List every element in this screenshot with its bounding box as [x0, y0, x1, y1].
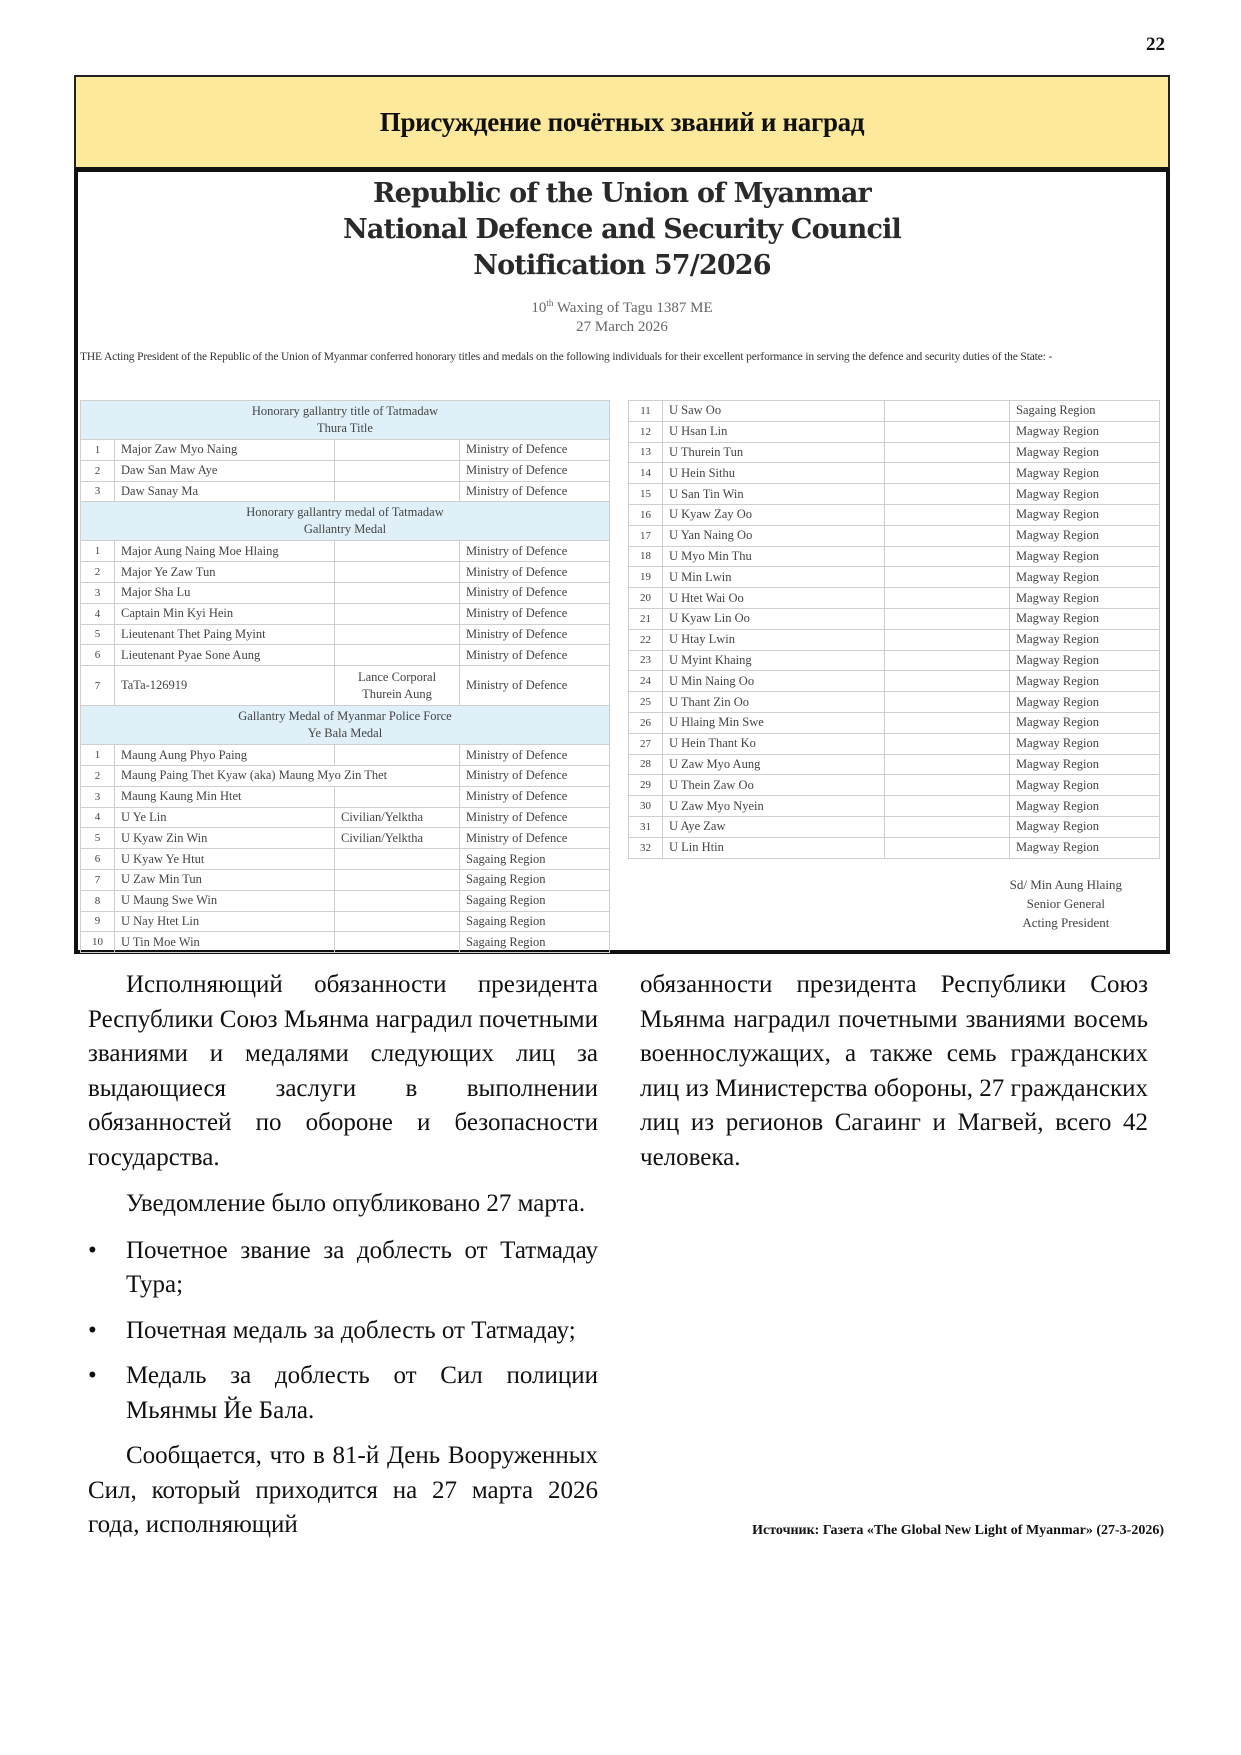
table-row: 6Lieutenant Pyae Sone AungMinistry of De… — [81, 645, 610, 666]
recipient-name: U Hlaing Min Swe — [663, 712, 885, 733]
section-header-row: Honorary gallantry medal of TatmadawGall… — [81, 502, 610, 541]
table-row: 12U Hsan LinMagway Region — [629, 421, 1160, 442]
table-row: 17U Yan Naing OoMagway Region — [629, 525, 1160, 546]
recipient-organization: Magway Region — [1010, 837, 1160, 858]
table-row: 3Major Sha LuMinistry of Defence — [81, 582, 610, 603]
row-number: 3 — [81, 582, 115, 603]
recipient-organization: Ministry of Defence — [460, 624, 610, 645]
row-number: 3 — [81, 786, 115, 807]
section-heading-line: Gallantry Medal of Myanmar Police Force — [81, 708, 609, 725]
row-number: 10 — [81, 932, 115, 953]
recipient-organization: Ministry of Defence — [460, 745, 610, 766]
recipient-name: Daw Sanay Ma — [115, 481, 335, 502]
recipient-note — [885, 629, 1010, 650]
article-paragraph: Уведомление было опубликовано 27 марта. — [88, 1187, 598, 1222]
table-row: 1Major Zaw Myo NaingMinistry of Defence — [81, 440, 610, 461]
row-number: 19 — [629, 567, 663, 588]
table-row: 21U Kyaw Lin OoMagway Region — [629, 608, 1160, 629]
notification-intro: THE Acting President of the Republic of … — [78, 347, 1166, 367]
recipient-organization: Magway Region — [1010, 754, 1160, 775]
recipient-note — [335, 440, 460, 461]
recipient-name: U Thurein Tun — [663, 442, 885, 463]
article-paragraph: обязанности президента Республики Союз М… — [640, 968, 1148, 1175]
title-line: National Defence and Security Council — [78, 212, 1166, 248]
recipient-organization: Magway Region — [1010, 567, 1160, 588]
recipient-note — [335, 582, 460, 603]
table-row: 13U Thurein TunMagway Region — [629, 442, 1160, 463]
recipient-name: U Kyaw Ye Htut — [115, 849, 335, 870]
row-number: 11 — [629, 401, 663, 422]
row-number: 6 — [81, 645, 115, 666]
table-row: 9U Nay Htet LinSagaing Region — [81, 911, 610, 932]
award-list-item: Почетная медаль за доблесть от Татмадау; — [88, 1314, 598, 1349]
table-row: 30U Zaw Myo NyeinMagway Region — [629, 796, 1160, 817]
table-row: 24U Min Naing OoMagway Region — [629, 671, 1160, 692]
table-row: 27U Hein Thant KoMagway Region — [629, 733, 1160, 754]
recipient-name: U Hsan Lin — [663, 421, 885, 442]
recipient-note — [335, 786, 460, 807]
recipient-note — [885, 567, 1010, 588]
table-row: 5U Kyaw Zin WinCivilian/YelkthaMinistry … — [81, 828, 610, 849]
row-number: 23 — [629, 650, 663, 671]
source-citation: Источник: Газета «The Global New Light o… — [752, 1523, 1164, 1539]
recipient-organization: Ministry of Defence — [460, 460, 610, 481]
row-number: 20 — [629, 588, 663, 609]
recipient-organization: Magway Region — [1010, 484, 1160, 505]
table-row: 2Major Ye Zaw TunMinistry of Defence — [81, 562, 610, 583]
recipient-name: U Zaw Myo Aung — [663, 754, 885, 775]
recipient-note: Lance Corporal Thurein Aung — [335, 666, 460, 706]
recipient-note — [885, 608, 1010, 629]
recipient-note — [885, 796, 1010, 817]
recipient-organization: Magway Region — [1010, 463, 1160, 484]
recipient-name: U San Tin Win — [663, 484, 885, 505]
recipient-name: U Ye Lin — [115, 807, 335, 828]
recipient-note — [885, 546, 1010, 567]
table-row: 2Daw San Maw AyeMinistry of Defence — [81, 460, 610, 481]
recipient-name: TaTa-126919 — [115, 666, 335, 706]
recipient-note — [885, 504, 1010, 525]
row-number: 1 — [81, 541, 115, 562]
recipient-organization: Ministry of Defence — [460, 666, 610, 706]
row-number: 27 — [629, 733, 663, 754]
row-number: 2 — [81, 460, 115, 481]
recipient-note — [335, 869, 460, 890]
table-row: 23U Myint KhaingMagway Region — [629, 650, 1160, 671]
recipient-organization: Sagaing Region — [1010, 401, 1160, 422]
recipient-name: U Min Naing Oo — [663, 671, 885, 692]
table-row: 18U Myo Min ThuMagway Region — [629, 546, 1160, 567]
table-row: 22U Htay LwinMagway Region — [629, 629, 1160, 650]
recipient-name: U Myint Khaing — [663, 650, 885, 671]
recipient-organization: Magway Region — [1010, 442, 1160, 463]
row-number: 8 — [81, 890, 115, 911]
recipient-note — [335, 932, 460, 953]
recipient-name: U Htet Wai Oo — [663, 588, 885, 609]
table-row: 2Maung Paing Thet Kyaw (aka) Maung Myo Z… — [81, 765, 610, 786]
row-number: 13 — [629, 442, 663, 463]
recipient-organization: Ministry of Defence — [460, 765, 610, 786]
recipient-note — [885, 650, 1010, 671]
recipient-organization: Ministry of Defence — [460, 645, 610, 666]
row-number: 22 — [629, 629, 663, 650]
row-number: 31 — [629, 816, 663, 837]
section-heading-line: Ye Bala Medal — [81, 725, 609, 742]
article-column-left: Исполняющий обязанности президента Респу… — [88, 968, 598, 1543]
recipient-note — [885, 733, 1010, 754]
recipient-organization: Magway Region — [1010, 816, 1160, 837]
recipient-organization: Sagaing Region — [460, 890, 610, 911]
table-row: 1Major Aung Naing Moe HlaingMinistry of … — [81, 541, 610, 562]
row-number: 26 — [629, 712, 663, 733]
recipient-note — [335, 890, 460, 911]
table-row: 11U Saw OoSagaing Region — [629, 401, 1160, 422]
row-number: 30 — [629, 796, 663, 817]
recipient-organization: Magway Region — [1010, 608, 1160, 629]
recipient-note — [335, 460, 460, 481]
recipient-note — [885, 442, 1010, 463]
table-row: 20U Htet Wai OoMagway Region — [629, 588, 1160, 609]
recipient-organization: Sagaing Region — [460, 849, 610, 870]
recipient-name: U Zaw Min Tun — [115, 869, 335, 890]
recipient-name: U Htay Lwin — [663, 629, 885, 650]
recipient-organization: Ministry of Defence — [460, 562, 610, 583]
recipient-name: U Hein Sithu — [663, 463, 885, 484]
signature-name: Sd/ Min Aung Hlaing — [1010, 875, 1122, 894]
table-row: 19U Min LwinMagway Region — [629, 567, 1160, 588]
table-row: 14U Hein SithuMagway Region — [629, 463, 1160, 484]
row-number: 7 — [81, 666, 115, 706]
recipient-organization: Sagaing Region — [460, 911, 610, 932]
recipient-name: Lieutenant Pyae Sone Aung — [115, 645, 335, 666]
recipient-name: U Thant Zin Oo — [663, 692, 885, 713]
article-column-right: обязанности президента Республики Союз М… — [640, 968, 1148, 1175]
recipient-name: U Kyaw Lin Oo — [663, 608, 885, 629]
table-row: 4Captain Min Kyi HeinMinistry of Defence — [81, 603, 610, 624]
banner-title: Присуждение почётных званий и наград — [380, 107, 864, 138]
table-row: 7U Zaw Min TunSagaing Region — [81, 869, 610, 890]
recipient-name: U Kyaw Zin Win — [115, 828, 335, 849]
row-number: 15 — [629, 484, 663, 505]
myanmar-date: 10th Waxing of Tagu 1387 ME — [78, 294, 1166, 318]
row-number: 12 — [629, 421, 663, 442]
award-list-item: Медаль за доблесть от Сил полиции Мьянмы… — [88, 1359, 598, 1428]
row-number: 5 — [81, 624, 115, 645]
recipient-organization: Magway Region — [1010, 796, 1160, 817]
recipient-note: Civilian/Yelktha — [335, 828, 460, 849]
row-number: 18 — [629, 546, 663, 567]
table-row: 31U Aye ZawMagway Region — [629, 816, 1160, 837]
recipient-organization: Ministry of Defence — [460, 541, 610, 562]
row-number: 21 — [629, 608, 663, 629]
row-number: 1 — [81, 440, 115, 461]
notification-date: 10th Waxing of Tagu 1387 ME 27 March 202… — [78, 294, 1166, 337]
recipient-name: Lieutenant Thet Paing Myint — [115, 624, 335, 645]
recipient-note — [885, 671, 1010, 692]
recipient-note — [885, 775, 1010, 796]
recipient-note — [885, 712, 1010, 733]
recipient-name: U Maung Swe Win — [115, 890, 335, 911]
section-header-row: Honorary gallantry title of TatmadawThur… — [81, 401, 610, 440]
row-number: 28 — [629, 754, 663, 775]
recipient-note — [335, 911, 460, 932]
row-number: 4 — [81, 603, 115, 624]
recipient-organization: Magway Region — [1010, 733, 1160, 754]
recipient-organization: Magway Region — [1010, 421, 1160, 442]
table-row: 32U Lin HtinMagway Region — [629, 837, 1160, 858]
row-number: 6 — [81, 849, 115, 870]
recipient-organization: Magway Region — [1010, 671, 1160, 692]
recipient-organization: Magway Region — [1010, 588, 1160, 609]
award-list: Почетное звание за доблесть от Татмадау … — [88, 1234, 598, 1429]
recipient-organization: Ministry of Defence — [460, 603, 610, 624]
table-row: 29U Thein Zaw OoMagway Region — [629, 775, 1160, 796]
section-heading: Gallantry Medal of Myanmar Police ForceY… — [81, 706, 610, 745]
section-header-row: Gallantry Medal of Myanmar Police ForceY… — [81, 706, 610, 745]
recipient-note — [885, 463, 1010, 484]
title-banner: Присуждение почётных званий и наград — [74, 75, 1170, 171]
recipient-note — [885, 816, 1010, 837]
recipient-note — [335, 645, 460, 666]
row-number: 24 — [629, 671, 663, 692]
table-row: 1Maung Aung Phyo PaingMinistry of Defenc… — [81, 745, 610, 766]
notification-title: Republic of the Union of Myanmar Nationa… — [78, 176, 1166, 284]
section-heading-line: Thura Title — [81, 420, 609, 437]
section-heading-line: Gallantry Medal — [81, 521, 609, 538]
recipient-organization: Ministry of Defence — [460, 440, 610, 461]
recipient-name: U Aye Zaw — [663, 816, 885, 837]
row-number: 32 — [629, 837, 663, 858]
recipient-organization: Magway Region — [1010, 712, 1160, 733]
article-paragraph: Исполняющий обязанности президента Респу… — [88, 968, 598, 1175]
recipient-note — [335, 624, 460, 645]
recipient-note — [885, 525, 1010, 546]
article-paragraph: Сообщается, что в 81-й День Вооруженных … — [88, 1439, 598, 1543]
recipient-note — [885, 421, 1010, 442]
recipient-note — [885, 837, 1010, 858]
signature-block: Sd/ Min Aung Hlaing Senior General Actin… — [1010, 875, 1122, 932]
recipient-note — [335, 562, 460, 583]
table-row: 28U Zaw Myo AungMagway Region — [629, 754, 1160, 775]
recipient-name: Major Ye Zaw Tun — [115, 562, 335, 583]
recipient-organization: Ministry of Defence — [460, 786, 610, 807]
recipient-note — [335, 849, 460, 870]
recipient-organization: Ministry of Defence — [460, 582, 610, 603]
recipient-organization: Magway Region — [1010, 629, 1160, 650]
recipient-name: U Hein Thant Ko — [663, 733, 885, 754]
recipient-note — [335, 603, 460, 624]
recipient-name: U Saw Oo — [663, 401, 885, 422]
awards-table-left: Honorary gallantry title of TatmadawThur… — [80, 400, 610, 953]
row-number: 3 — [81, 481, 115, 502]
row-number: 5 — [81, 828, 115, 849]
title-line: Notification 57/2026 — [78, 248, 1166, 284]
recipient-name: U Tin Moe Win — [115, 932, 335, 953]
row-number: 16 — [629, 504, 663, 525]
recipient-name: U Lin Htin — [663, 837, 885, 858]
table-row: 3Maung Kaung Min HtetMinistry of Defence — [81, 786, 610, 807]
recipient-note — [335, 541, 460, 562]
recipient-organization: Magway Region — [1010, 692, 1160, 713]
row-number: 17 — [629, 525, 663, 546]
recipient-organization: Magway Region — [1010, 504, 1160, 525]
row-number: 25 — [629, 692, 663, 713]
recipient-name: Daw San Maw Aye — [115, 460, 335, 481]
recipient-name: U Myo Min Thu — [663, 546, 885, 567]
recipient-organization: Sagaing Region — [460, 869, 610, 890]
signature-rank: Senior General — [1010, 894, 1122, 913]
recipient-name: Captain Min Kyi Hein — [115, 603, 335, 624]
table-row: 7TaTa-126919Lance Corporal Thurein AungM… — [81, 666, 610, 706]
table-row: 25U Thant Zin OoMagway Region — [629, 692, 1160, 713]
recipient-note — [885, 754, 1010, 775]
recipient-organization: Magway Region — [1010, 650, 1160, 671]
table-row: 8U Maung Swe WinSagaing Region — [81, 890, 610, 911]
recipient-note — [885, 692, 1010, 713]
recipient-name: U Min Lwin — [663, 567, 885, 588]
table-row: 5Lieutenant Thet Paing MyintMinistry of … — [81, 624, 610, 645]
gregorian-date: 27 March 2026 — [78, 318, 1166, 337]
section-heading-line: Honorary gallantry medal of Tatmadaw — [81, 504, 609, 521]
recipient-name: U Kyaw Zay Oo — [663, 504, 885, 525]
recipient-name: Major Zaw Myo Naing — [115, 440, 335, 461]
row-number: 4 — [81, 807, 115, 828]
recipient-organization: Sagaing Region — [460, 932, 610, 953]
section-heading-line: Honorary gallantry title of Tatmadaw — [81, 403, 609, 420]
recipient-name: Maung Aung Phyo Paing — [115, 745, 335, 766]
recipient-organization: Ministry of Defence — [460, 828, 610, 849]
section-heading: Honorary gallantry medal of TatmadawGall… — [81, 502, 610, 541]
recipient-organization: Magway Region — [1010, 775, 1160, 796]
signature-title: Acting President — [1010, 913, 1122, 932]
recipient-name: U Nay Htet Lin — [115, 911, 335, 932]
recipient-name: Major Sha Lu — [115, 582, 335, 603]
section-heading: Honorary gallantry title of TatmadawThur… — [81, 401, 610, 440]
recipient-name: U Thein Zaw Oo — [663, 775, 885, 796]
recipient-organization: Ministry of Defence — [460, 481, 610, 502]
recipient-name: U Zaw Myo Nyein — [663, 796, 885, 817]
table-row: 6U Kyaw Ye HtutSagaing Region — [81, 849, 610, 870]
recipient-name: Major Aung Naing Moe Hlaing — [115, 541, 335, 562]
recipient-note — [885, 401, 1010, 422]
row-number: 29 — [629, 775, 663, 796]
row-number: 14 — [629, 463, 663, 484]
recipient-note — [885, 588, 1010, 609]
recipient-note — [335, 745, 460, 766]
table-row: 4U Ye LinCivilian/YelkthaMinistry of Def… — [81, 807, 610, 828]
page-number: 22 — [1146, 34, 1165, 56]
row-number: 2 — [81, 562, 115, 583]
row-number: 2 — [81, 765, 115, 786]
table-row: 16U Kyaw Zay OoMagway Region — [629, 504, 1160, 525]
recipient-note — [885, 484, 1010, 505]
table-row: 26U Hlaing Min SweMagway Region — [629, 712, 1160, 733]
table-row: 3Daw Sanay MaMinistry of Defence — [81, 481, 610, 502]
award-list-item: Почетное звание за доблесть от Татмадау … — [88, 1234, 598, 1303]
recipient-note: Civilian/Yelktha — [335, 807, 460, 828]
recipient-note — [335, 481, 460, 502]
recipient-name: Maung Kaung Min Htet — [115, 786, 335, 807]
table-row: 15U San Tin WinMagway Region — [629, 484, 1160, 505]
recipient-organization: Ministry of Defence — [460, 807, 610, 828]
row-number: 9 — [81, 911, 115, 932]
recipient-name: U Yan Naing Oo — [663, 525, 885, 546]
recipient-organization: Magway Region — [1010, 525, 1160, 546]
notification-image: Republic of the Union of Myanmar Nationa… — [74, 169, 1170, 954]
recipient-name: Maung Paing Thet Kyaw (aka) Maung Myo Zi… — [115, 765, 460, 786]
recipient-organization: Magway Region — [1010, 546, 1160, 567]
title-line: Republic of the Union of Myanmar — [78, 176, 1166, 212]
row-number: 1 — [81, 745, 115, 766]
awards-table-right: 11U Saw OoSagaing Region12U Hsan LinMagw… — [628, 400, 1160, 859]
row-number: 7 — [81, 869, 115, 890]
table-row: 10U Tin Moe WinSagaing Region — [81, 932, 610, 953]
